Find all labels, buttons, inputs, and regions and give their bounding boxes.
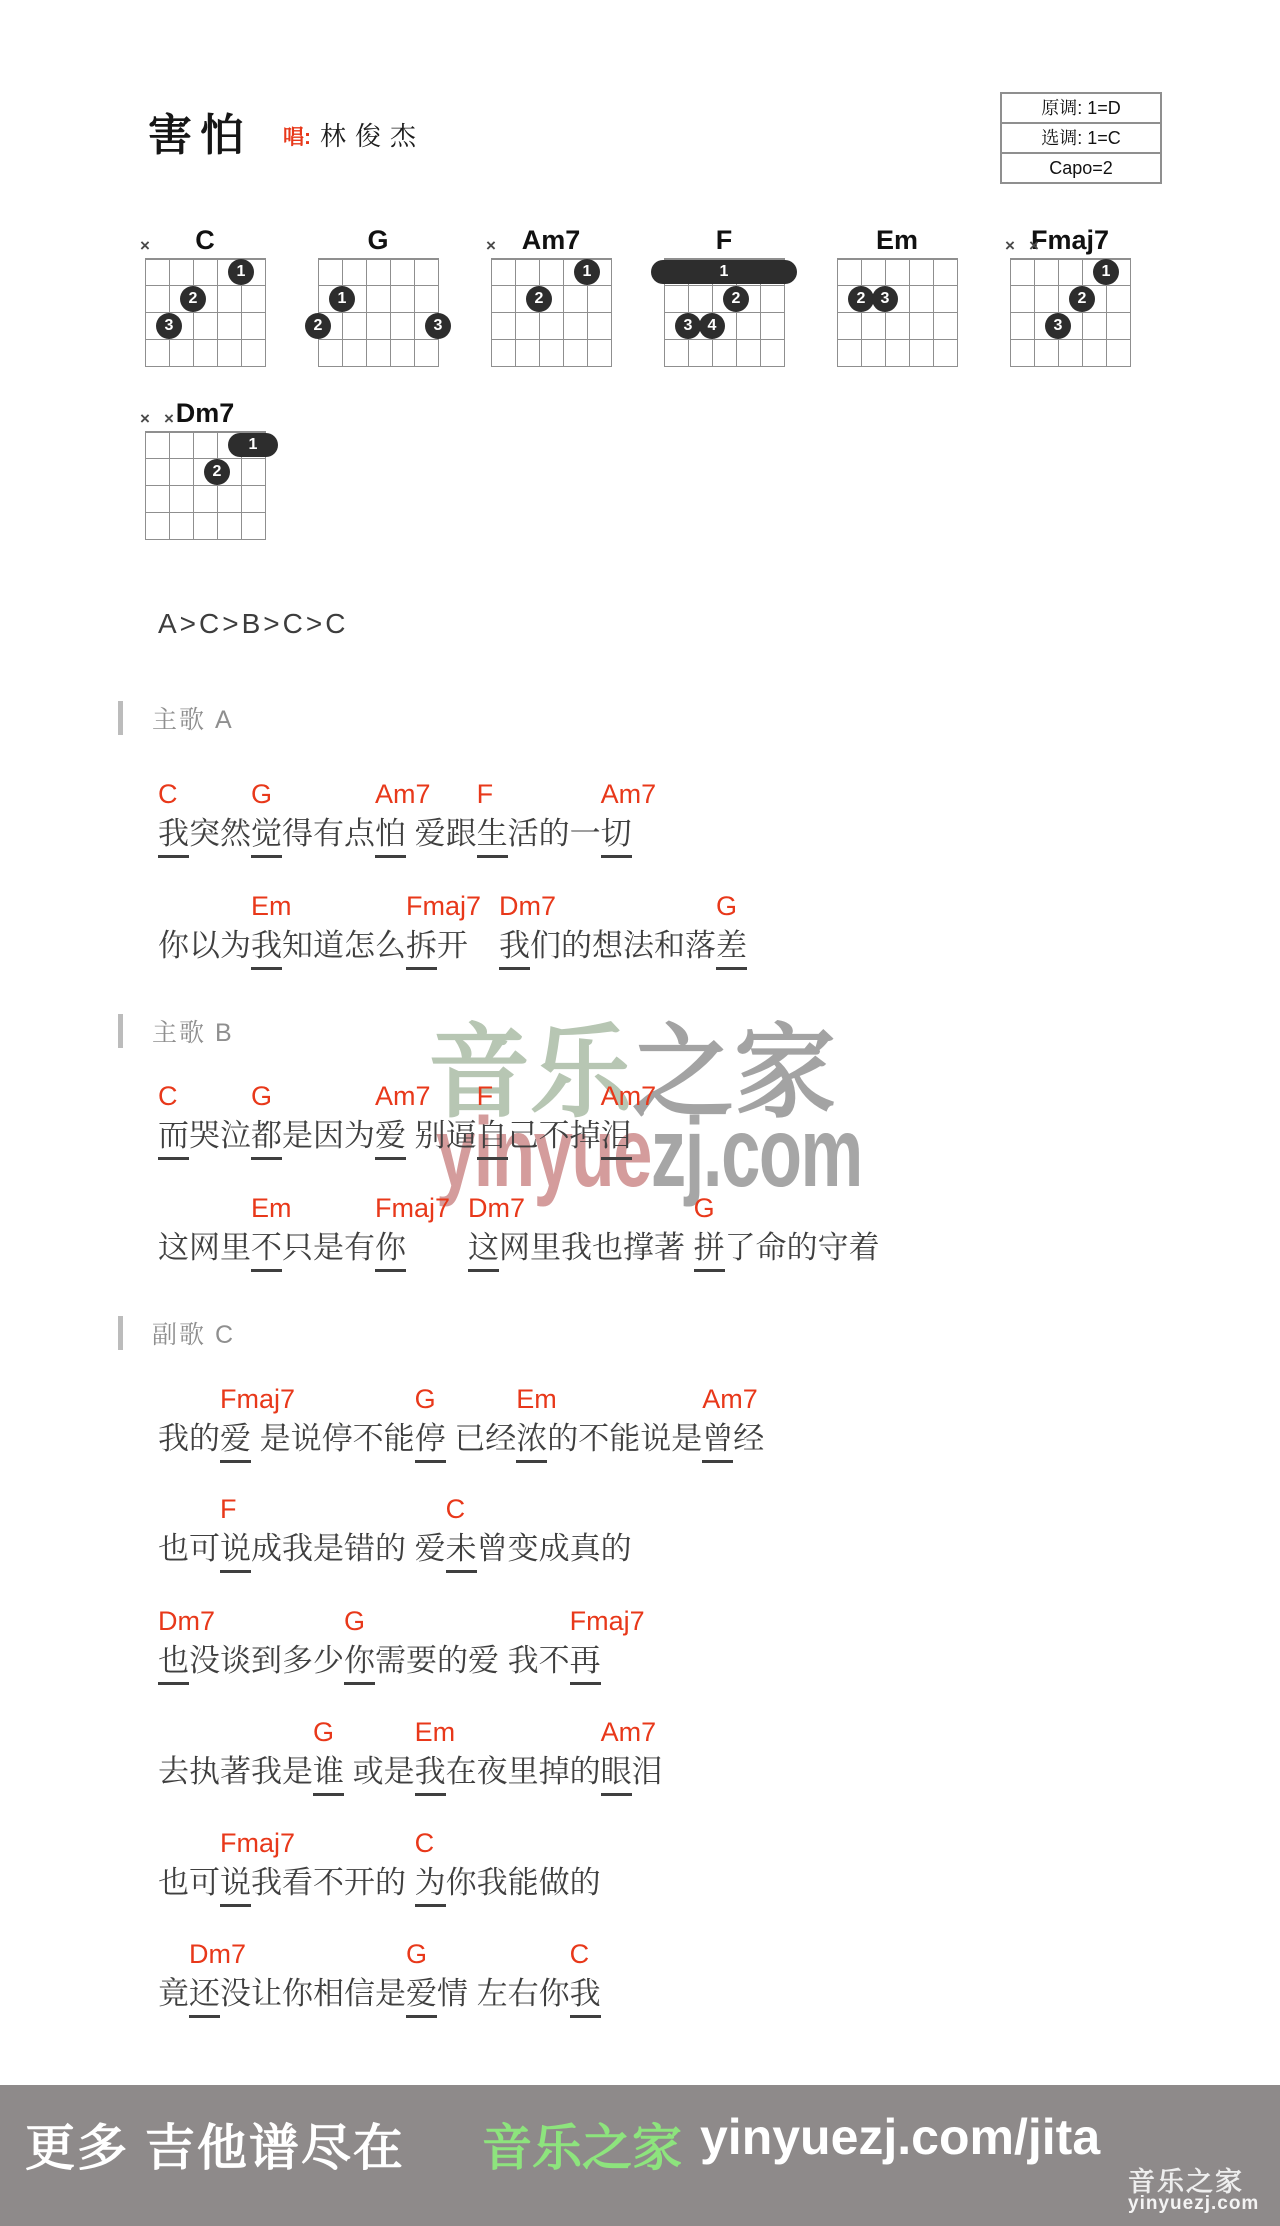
chord-label: Dm7 xyxy=(499,890,556,922)
finger-dot: 1 xyxy=(228,259,254,285)
lyric-segment: C而哭泣 xyxy=(158,1117,251,1154)
key-info-box: 原调: 1=D 选调: 1=C Capo=2 xyxy=(1000,92,1162,184)
lyric-line: 这网里Em不只是有Fmaj7你 Dm7这网里我也撑著 G拼了命的守着 xyxy=(158,1229,880,1266)
finger-dot: 3 xyxy=(872,286,898,312)
nut-line xyxy=(837,258,958,260)
underlined-char: 爱 xyxy=(375,1118,406,1160)
chord-label: Em xyxy=(516,1383,557,1415)
chord-label: Am7 xyxy=(601,1716,657,1748)
lyric-segment: Dm7我们的想法和落 xyxy=(499,927,716,964)
lyric-line: 我的Fmaj7爱 是说停不能G停 已经Em浓的不能说是Am7曾经 xyxy=(158,1420,764,1457)
finger-dot: 1 xyxy=(329,286,355,312)
lyric-segment: G你需要的爱 我不 xyxy=(344,1642,570,1679)
vocalist-label: 唱: xyxy=(283,121,311,151)
underlined-char: 爱 xyxy=(406,1976,437,2018)
song-structure: A>C>B>C>C xyxy=(158,608,348,640)
lyric-segment: G都是因为 xyxy=(251,1117,375,1154)
lyric-segment: Dm7也没谈到多少 xyxy=(158,1642,344,1679)
fret-line xyxy=(664,339,785,340)
underlined-char: 自 xyxy=(477,1118,508,1160)
lyric-segment: G谁 或是 xyxy=(313,1753,415,1790)
section-label: 主歌 B xyxy=(152,1019,234,1047)
underlined-char: 浓 xyxy=(516,1421,547,1463)
lyric-line: Dm7也没谈到多少G你需要的爱 我不Fmaj7再 xyxy=(158,1642,601,1679)
lyric-segment: G停 已经 xyxy=(415,1420,517,1457)
nut-line xyxy=(491,258,612,260)
lyric-line: C我突然G觉得有点Am7怕 爱跟F生活的一Am7切 xyxy=(158,815,632,852)
underlined-char: 差 xyxy=(716,928,747,970)
finger-dot: 2 xyxy=(204,459,230,485)
chord-label: C xyxy=(446,1493,466,1525)
finger-dot: 3 xyxy=(1045,313,1071,339)
underlined-char: 不 xyxy=(251,1230,282,1272)
lyric-line: 也可Fmaj7说我看不开的 C为你我能做的 xyxy=(158,1864,601,1901)
fret-line xyxy=(664,312,785,313)
underlined-char: 说 xyxy=(220,1865,251,1907)
footer-brand: 音乐之家 xyxy=(482,2108,682,2180)
chord-label: Em xyxy=(251,890,292,922)
lyric-segment: Fmaj7说我看不开的 xyxy=(220,1864,415,1901)
chord-label: Am7 xyxy=(702,1383,758,1415)
chord-label: F xyxy=(477,1080,494,1112)
fret-line xyxy=(145,512,266,513)
finger-dot: 1 xyxy=(1093,259,1119,285)
fret-line xyxy=(491,339,612,340)
chord-label: G xyxy=(251,778,272,810)
underlined-char: 拼 xyxy=(694,1230,725,1272)
chord-name: Am7 xyxy=(491,225,611,256)
fret-line xyxy=(1010,339,1131,340)
lyric-segment: Em浓的不能说是 xyxy=(516,1420,702,1457)
fret-line xyxy=(837,285,958,286)
footer-url[interactable]: yinyuezj.com/jita xyxy=(700,2108,1100,2166)
lyric-segment: F生活的一 xyxy=(477,815,601,852)
lyric-segment: Em不只是有 xyxy=(251,1229,375,1266)
lyric-segment: Em我知道怎么 xyxy=(251,927,406,964)
finger-dot: 2 xyxy=(180,286,206,312)
fret-line xyxy=(145,485,266,486)
underlined-char: 都 xyxy=(251,1118,282,1160)
chord-label: Fmaj7 xyxy=(220,1827,295,1859)
fret-line xyxy=(491,366,612,367)
lyric-segment: Fmaj7再 xyxy=(570,1642,601,1679)
fretboard-grid: ××123 xyxy=(1010,258,1130,366)
lyric-segment: G差 xyxy=(716,927,747,964)
underlined-char: 你 xyxy=(344,1643,375,1685)
chord-label: G xyxy=(716,890,737,922)
fret-line xyxy=(318,312,439,313)
nut-line xyxy=(145,258,266,260)
chord-label: Am7 xyxy=(601,778,657,810)
lyric-segment: G爱情 左右你 xyxy=(406,1975,570,2012)
underlined-char: 曾 xyxy=(702,1421,733,1463)
original-key: 原调: 1=D xyxy=(1002,94,1160,124)
lyric-line: 也可F说成我是错的 爱C未曾变成真的 xyxy=(158,1530,632,1567)
lyric-segment: Am7眼泪 xyxy=(601,1753,663,1790)
finger-dot: 3 xyxy=(425,313,451,339)
nut-line xyxy=(318,258,439,260)
lyric-segment: G觉得有点 xyxy=(251,815,375,852)
fret-line xyxy=(318,366,439,367)
finger-dot: 3 xyxy=(675,313,701,339)
underlined-char: 而 xyxy=(158,1118,189,1160)
lyric-line: 去执著我是G谁 或是Em我在夜里掉的Am7眼泪 xyxy=(158,1753,663,1790)
fret-line xyxy=(837,366,958,367)
muted-string-mark: × xyxy=(137,236,153,256)
lyric-line: 竟Dm7还没让你相信是G爱情 左右你C我 xyxy=(158,1975,601,2012)
lyric-segment: Em我在夜里掉的 xyxy=(415,1753,601,1790)
lyric-segment: 去执著我是 xyxy=(158,1753,313,1790)
chord-label: Am7 xyxy=(375,1080,431,1112)
chord-label: G xyxy=(344,1605,365,1637)
lyric-segment: Am7泪 xyxy=(601,1117,632,1154)
lyric-segment: C为你我能做的 xyxy=(415,1864,601,1901)
chord-label: Em xyxy=(415,1716,456,1748)
lyric-segment: 也可 xyxy=(158,1864,220,1901)
underlined-char: 谁 xyxy=(313,1754,344,1796)
fretboard-grid: ×123 xyxy=(145,258,265,366)
fret-line xyxy=(1010,366,1131,367)
fret-line xyxy=(145,312,266,313)
fretboard-grid: 123 xyxy=(318,258,438,366)
watermark-url-gray: zj.com xyxy=(651,1097,862,1207)
lyric-segment: 也可 xyxy=(158,1530,220,1567)
lyric-segment: 竟 xyxy=(158,1975,189,2012)
underlined-char: 眼 xyxy=(601,1754,632,1796)
fret-line xyxy=(1010,285,1131,286)
section-bar xyxy=(118,1316,123,1350)
underlined-char: 我 xyxy=(570,1976,601,2018)
fret-line xyxy=(145,285,266,286)
lyric-segment: Fmaj7你 xyxy=(375,1229,468,1266)
chord-label: F xyxy=(220,1493,237,1525)
chord-label: Dm7 xyxy=(189,1938,246,1970)
chord-label: Em xyxy=(251,1192,292,1224)
selected-key: 选调: 1=C xyxy=(1002,124,1160,154)
chord-label: Fmaj7 xyxy=(220,1383,295,1415)
chord-name: G xyxy=(318,225,438,256)
lyric-segment: Am7爱 别逼 xyxy=(375,1117,477,1154)
song-title: 害怕 xyxy=(148,99,252,163)
finger-dot: 1 xyxy=(574,259,600,285)
fret-line xyxy=(318,285,439,286)
underlined-char: 生 xyxy=(477,816,508,858)
muted-string-mark: × xyxy=(161,409,177,429)
section-header: 主歌 B xyxy=(118,1013,234,1049)
fret-line xyxy=(145,539,266,540)
underlined-char: 切 xyxy=(601,816,632,858)
lyric-segment: Dm7这网里我也撑著 xyxy=(468,1229,694,1266)
lyric-segment: Am7曾经 xyxy=(702,1420,764,1457)
chord-label: G xyxy=(406,1938,427,1970)
underlined-char: 爱 xyxy=(220,1421,251,1463)
fretboard-grid: ××12 xyxy=(145,431,265,539)
underlined-char: 怕 xyxy=(375,816,406,858)
underlined-char: 我 xyxy=(415,1754,446,1796)
muted-string-mark: × xyxy=(483,236,499,256)
lyric-segment: Fmaj7拆开 xyxy=(406,927,499,964)
chord-label: Dm7 xyxy=(158,1605,215,1637)
underlined-char: 这 xyxy=(468,1230,499,1272)
fret-line xyxy=(837,339,958,340)
chord-label: G xyxy=(694,1192,715,1224)
fretboard-grid: 1234 xyxy=(664,258,784,366)
lyric-segment: Am7怕 爱跟 xyxy=(375,815,477,852)
fretboard-grid: 23 xyxy=(837,258,957,366)
lyric-segment: F自己不掉 xyxy=(477,1117,601,1154)
finger-dot: 2 xyxy=(305,313,331,339)
underlined-char: 说 xyxy=(220,1531,251,1573)
chord-label: Dm7 xyxy=(468,1192,525,1224)
underlined-char: 停 xyxy=(415,1421,446,1463)
underlined-char: 我 xyxy=(158,816,189,858)
muted-string-mark: × xyxy=(1002,236,1018,256)
underlined-char: 拆 xyxy=(406,928,437,970)
chord-label: C xyxy=(415,1827,435,1859)
underlined-char: 我 xyxy=(251,928,282,970)
finger-dot: 4 xyxy=(699,313,725,339)
chord-label: Am7 xyxy=(601,1080,657,1112)
fret-line xyxy=(837,312,958,313)
fret-line xyxy=(145,366,266,367)
artist-name: 林俊杰 xyxy=(320,116,425,153)
fret-line xyxy=(664,285,785,286)
lyric-segment: Dm7还没让你相信是 xyxy=(189,1975,406,2012)
lyric-segment: C我 xyxy=(570,1975,601,2012)
section-label: 主歌 A xyxy=(152,706,234,734)
chord-label: Fmaj7 xyxy=(406,890,481,922)
section-label: 副歌 C xyxy=(152,1321,235,1349)
chord-label: F xyxy=(477,778,494,810)
chord-label: C xyxy=(570,1938,590,1970)
fret-line xyxy=(145,339,266,340)
chord-label: G xyxy=(415,1383,436,1415)
underlined-char: 觉 xyxy=(251,816,282,858)
chord-label: Fmaj7 xyxy=(375,1192,450,1224)
section-header: 主歌 A xyxy=(118,700,234,736)
chord-label: G xyxy=(251,1080,272,1112)
lyric-line: 你以为Em我知道怎么Fmaj7拆开 Dm7我们的想法和落G差 xyxy=(158,927,747,964)
underlined-char: 为 xyxy=(415,1865,446,1907)
nut-line xyxy=(1010,258,1131,260)
chord-label: C xyxy=(158,778,178,810)
lyric-segment: 你以为 xyxy=(158,927,251,964)
footer-logo-url: yinyuezj.com xyxy=(1128,2193,1259,2215)
underlined-char: 我 xyxy=(499,928,530,970)
lyric-segment: Am7切 xyxy=(601,815,632,852)
fretboard-grid: ×12 xyxy=(491,258,611,366)
barre-finger: 1 xyxy=(228,433,278,457)
fret-line xyxy=(318,339,439,340)
footer-tagline: 更多 吉他谱尽在 xyxy=(25,2108,405,2180)
lyric-line: C而哭泣G都是因为Am7爱 别逼F自己不掉Am7泪 xyxy=(158,1117,632,1154)
finger-dot: 3 xyxy=(156,313,182,339)
underlined-char: 也 xyxy=(158,1643,189,1685)
fret-line xyxy=(664,366,785,367)
chord-name: Em xyxy=(837,225,957,256)
underlined-char: 再 xyxy=(570,1643,601,1685)
muted-string-mark: × xyxy=(137,409,153,429)
lyric-segment: G拼了命的守着 xyxy=(694,1229,880,1266)
fret-line xyxy=(491,285,612,286)
underlined-char: 泪 xyxy=(601,1118,632,1160)
underlined-char: 还 xyxy=(189,1976,220,2018)
lyric-segment: C未曾变成真的 xyxy=(446,1530,632,1567)
finger-dot: 2 xyxy=(848,286,874,312)
chord-label: Am7 xyxy=(375,778,431,810)
section-bar xyxy=(118,701,123,735)
lyric-segment: Fmaj7爱 是说停不能 xyxy=(220,1420,415,1457)
chord-label: G xyxy=(313,1716,334,1748)
finger-dot: 2 xyxy=(723,286,749,312)
chord-name: C xyxy=(145,225,265,256)
fret-line xyxy=(1010,312,1131,313)
muted-string-mark: × xyxy=(1026,236,1042,256)
capo-info: Capo=2 xyxy=(1002,154,1160,182)
footer-banner: 更多 吉他谱尽在 音乐之家 yinyuezj.com/jita 音乐之家 yin… xyxy=(0,2085,1280,2226)
chord-name: F xyxy=(664,225,784,256)
section-bar xyxy=(118,1014,123,1048)
underlined-char: 你 xyxy=(375,1230,406,1272)
chord-label: Fmaj7 xyxy=(570,1605,645,1637)
lyric-segment: C我突然 xyxy=(158,815,251,852)
lyric-segment: 这网里 xyxy=(158,1229,251,1266)
finger-dot: 2 xyxy=(526,286,552,312)
underlined-char: 未 xyxy=(446,1531,477,1573)
fret-line xyxy=(145,458,266,459)
chord-label: C xyxy=(158,1080,178,1112)
lyric-segment: 我的 xyxy=(158,1420,220,1457)
fret-line xyxy=(491,312,612,313)
guitar-tab-sheet: 害怕 唱: 林俊杰 原调: 1=D 选调: 1=C Capo=2 C×123G1… xyxy=(0,0,1280,2226)
finger-dot: 2 xyxy=(1069,286,1095,312)
section-header: 副歌 C xyxy=(118,1315,235,1351)
lyric-segment: F说成我是错的 爱 xyxy=(220,1530,446,1567)
barre-finger: 1 xyxy=(651,260,797,284)
